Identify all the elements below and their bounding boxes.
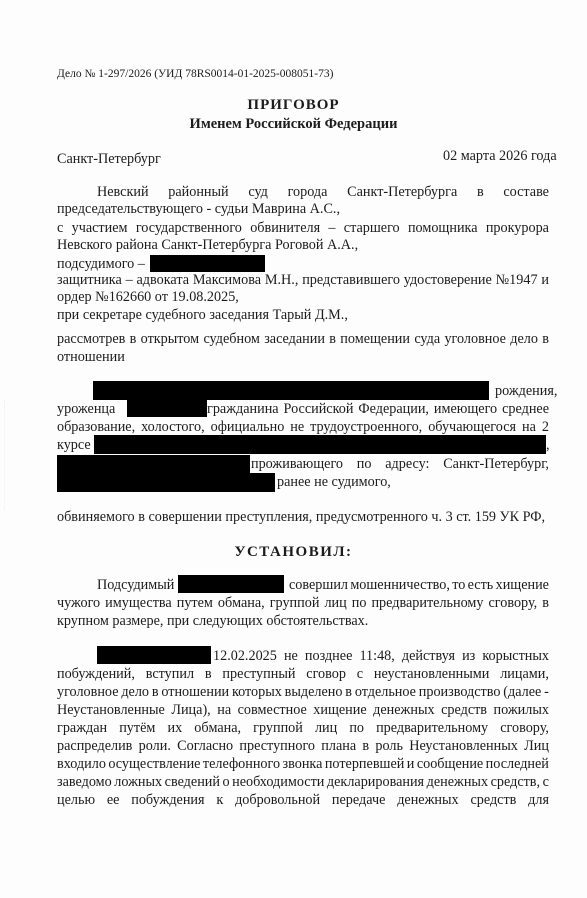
word: представившего bbox=[302, 272, 400, 288]
word: совершил bbox=[289, 577, 348, 593]
court-line-4: Невского района Санкт-Петербурга Роговой… bbox=[57, 237, 358, 253]
scan-artifact bbox=[4, 400, 15, 510]
word: проживающего bbox=[251, 456, 343, 472]
word: среднее bbox=[502, 401, 549, 417]
word: рассмотрев bbox=[57, 331, 125, 347]
word: средств bbox=[470, 792, 516, 808]
word: распределив bbox=[57, 738, 132, 754]
word: города bbox=[288, 184, 328, 200]
document-page: Дело № 1-297/2026 (УИД 78RS0014-01-2025-… bbox=[0, 0, 587, 898]
p1-prefix: Подсудимый bbox=[97, 577, 174, 593]
word: отдельное bbox=[355, 684, 416, 700]
court-line-3: сучастиемгосударственногообвинителя–стар… bbox=[57, 220, 549, 236]
word: 2 bbox=[542, 419, 549, 435]
word: районный bbox=[168, 184, 228, 200]
word: холостого, bbox=[141, 419, 205, 435]
word: суд bbox=[248, 184, 268, 200]
word: денежных bbox=[397, 792, 458, 808]
word: Лиц bbox=[524, 738, 549, 754]
word: уголовное bbox=[57, 684, 119, 700]
word: суда bbox=[414, 331, 440, 347]
word: совместное bbox=[238, 702, 307, 718]
word: сговору, bbox=[500, 720, 549, 736]
city: Санкт-Петербург bbox=[57, 151, 161, 167]
word: граждан bbox=[57, 720, 107, 736]
word: адвоката bbox=[137, 272, 190, 288]
word: звонка bbox=[283, 756, 323, 772]
word: и bbox=[541, 272, 549, 288]
word: целью bbox=[57, 792, 95, 808]
word: удостоверение bbox=[404, 272, 492, 288]
word: роль bbox=[375, 738, 403, 754]
redacted-name bbox=[150, 255, 265, 272]
word: Невский bbox=[97, 184, 149, 200]
secretary-line: при секретаре судебного заседания Тарый … bbox=[57, 307, 348, 323]
word: в bbox=[329, 331, 336, 347]
word: обмана, bbox=[218, 595, 265, 611]
word: входило bbox=[57, 756, 106, 772]
word: ее bbox=[107, 792, 120, 808]
word: из bbox=[462, 648, 475, 664]
word: с bbox=[357, 666, 363, 682]
redacted-university bbox=[94, 435, 546, 454]
word: – bbox=[126, 272, 133, 288]
word: в bbox=[130, 331, 137, 347]
word: чужого bbox=[57, 595, 100, 611]
word: позднее bbox=[305, 648, 352, 664]
word: Санкт-Петербург, bbox=[443, 456, 549, 472]
word: преступный bbox=[222, 666, 295, 682]
word: заведомо bbox=[57, 774, 112, 790]
word: по bbox=[352, 595, 367, 611]
birth-suffix: рождения, bbox=[495, 383, 557, 399]
word: роли. bbox=[139, 738, 171, 754]
word: 12.02.2025 bbox=[213, 648, 277, 664]
redacted-address bbox=[57, 473, 275, 492]
word: преступного bbox=[239, 738, 315, 754]
court-line-2: председательствующего - судьи Маврина А.… bbox=[57, 201, 340, 217]
word: не bbox=[284, 648, 298, 664]
charge-line: обвиняемого в совершении преступления, п… bbox=[57, 509, 545, 525]
word: по bbox=[349, 720, 364, 736]
word: которых bbox=[232, 684, 282, 700]
word: денежных bbox=[427, 774, 488, 790]
defense-line-1: защитника–адвокатаМаксимоваМ.Н.,представ… bbox=[57, 272, 549, 288]
p1-line-1: совершилмошенничество,тоестьхищение bbox=[289, 577, 549, 593]
word: денежных bbox=[373, 702, 434, 718]
word: отношении bbox=[161, 684, 229, 700]
redacted-defendant-full bbox=[93, 381, 489, 400]
word: Лица), bbox=[171, 702, 210, 718]
p2-line-8: заведомоложныхсведенийонеобходимостидекл… bbox=[57, 774, 549, 790]
word: добровольной bbox=[235, 792, 320, 808]
defendant-label: подсудимого – bbox=[57, 256, 145, 272]
word: старшего bbox=[344, 220, 400, 236]
p2-line-1: 12.02.2025непозднее11:48,действуяизкорыс… bbox=[213, 648, 549, 664]
word: мошенничество, bbox=[350, 577, 450, 593]
residence-line: проживающегопоадресу:Санкт-Петербург, bbox=[251, 456, 549, 472]
word: побуждений, bbox=[57, 666, 135, 682]
word: предварительному bbox=[371, 595, 483, 611]
word: средств, bbox=[491, 774, 540, 790]
word: в bbox=[477, 184, 484, 200]
comma: , bbox=[546, 437, 550, 453]
case-number: Дело № 1-297/2026 (УИД 78RS0014-01-2025-… bbox=[57, 66, 333, 82]
word: плана bbox=[321, 738, 356, 754]
word: Санкт-Петербурга bbox=[347, 184, 457, 200]
word: с bbox=[57, 220, 63, 236]
word: группой bbox=[253, 720, 303, 736]
word: Неустановленные bbox=[57, 702, 165, 718]
considered-line-1: рассмотреввоткрытомсудебномзаседаниивпом… bbox=[57, 331, 549, 347]
word: составе bbox=[503, 184, 549, 200]
word: помещении bbox=[340, 331, 410, 347]
redacted-defendant bbox=[178, 575, 284, 593]
word: корыстных bbox=[482, 648, 549, 664]
word: помощника bbox=[408, 220, 478, 236]
p1-line-3: крупном размере, при следующих обстоятел… bbox=[57, 613, 368, 629]
word: хищение bbox=[496, 577, 549, 593]
word: хищение bbox=[313, 702, 366, 718]
p1-line-2: чужогоимуществапутемобмана,группойлицпоп… bbox=[57, 595, 549, 611]
word: Российской bbox=[284, 401, 354, 417]
word: на bbox=[522, 419, 536, 435]
word: вступил bbox=[146, 666, 194, 682]
word: то bbox=[452, 577, 465, 593]
word: телефонного bbox=[203, 756, 280, 772]
word: необходимости bbox=[232, 774, 324, 790]
word: есть bbox=[468, 577, 494, 593]
word: официально bbox=[211, 419, 285, 435]
court-line-1: НевскийрайонныйсудгородаСанкт-Петербурга… bbox=[97, 184, 549, 200]
word: судебном bbox=[203, 331, 259, 347]
word: защитника bbox=[57, 272, 122, 288]
word: на bbox=[217, 702, 231, 718]
word: декларирования bbox=[327, 774, 424, 790]
word: пожилых bbox=[494, 702, 549, 718]
word: лиц bbox=[324, 595, 346, 611]
word: не bbox=[290, 419, 304, 435]
redacted-defendant-2 bbox=[97, 646, 211, 664]
word: обучающегося bbox=[428, 419, 516, 435]
word: 11:48, bbox=[359, 648, 394, 664]
word: прокурора bbox=[486, 220, 549, 236]
education-line: образование,холостого,официальнонетрудоу… bbox=[57, 419, 549, 435]
word: сговору, bbox=[489, 595, 538, 611]
word: в bbox=[152, 684, 159, 700]
p2-line-6: распределивроли.Согласнопреступногоплана… bbox=[57, 738, 549, 754]
word: потерпевшей bbox=[325, 756, 405, 772]
word: Максимова bbox=[193, 272, 261, 288]
word: дело bbox=[121, 684, 149, 700]
word: ложных bbox=[114, 774, 162, 790]
word: о bbox=[223, 774, 230, 790]
word: группой bbox=[270, 595, 320, 611]
word: выделено bbox=[285, 684, 343, 700]
word: неустановленными bbox=[374, 666, 489, 682]
citizenship-line: гражданинаРоссийскойФедерации,имеющегоср… bbox=[207, 401, 549, 417]
word: в bbox=[205, 666, 212, 682]
word: Неустановленных bbox=[409, 738, 518, 754]
word: действуя bbox=[402, 648, 455, 664]
word: сговор bbox=[306, 666, 346, 682]
word: имущества bbox=[105, 595, 172, 611]
word: участием bbox=[72, 220, 128, 236]
word: имеющего bbox=[434, 401, 497, 417]
word: №1947 bbox=[496, 272, 538, 288]
redacted-line bbox=[57, 455, 250, 474]
date: 02 марта 2026 года bbox=[443, 148, 557, 164]
word: с bbox=[543, 774, 549, 790]
word: путём bbox=[119, 720, 155, 736]
p2-line-7: входилоосуществлениетелефонногозвонкапот… bbox=[57, 756, 549, 772]
word: средств bbox=[441, 702, 487, 718]
p2-line-2: побуждений,вступилвпреступныйсговорснеус… bbox=[57, 666, 549, 682]
word: заседании bbox=[264, 331, 325, 347]
word: производство bbox=[419, 684, 501, 700]
word: дело bbox=[510, 331, 538, 347]
document-subtitle: Именем Российской Федерации bbox=[0, 116, 587, 132]
p2-line-9: цельюеепобуждениякдобровольнойпередачеде… bbox=[57, 792, 549, 808]
word: последней bbox=[486, 756, 549, 772]
word: трудоустроенного, bbox=[310, 419, 422, 435]
word: - bbox=[544, 684, 549, 700]
word: М.Н., bbox=[265, 272, 299, 288]
word: уголовное bbox=[444, 331, 506, 347]
word: лиц bbox=[315, 720, 337, 736]
word: государственного bbox=[136, 220, 242, 236]
word: по bbox=[357, 456, 372, 472]
course-label: курсе bbox=[57, 437, 91, 453]
word: адресу: bbox=[385, 456, 429, 472]
word: лицами, bbox=[500, 666, 549, 682]
word: гражданина bbox=[207, 401, 279, 417]
p2-line-3: уголовноеделовотношениикоторыхвыделеново… bbox=[57, 684, 549, 700]
word: путем bbox=[177, 595, 213, 611]
word: передаче bbox=[332, 792, 385, 808]
word: и bbox=[407, 756, 415, 772]
word: Согласно bbox=[177, 738, 233, 754]
word: в bbox=[345, 684, 352, 700]
word: – bbox=[328, 220, 335, 236]
defendant-line: подсудимого – bbox=[57, 255, 265, 272]
no-record: ранее не судимого, bbox=[277, 474, 391, 490]
word: в bbox=[362, 738, 369, 754]
word: осуществление bbox=[108, 756, 200, 772]
p2-line-5: гражданпутёмихобмана,группойлицпопредвар… bbox=[57, 720, 549, 736]
considered-line-2: отношении bbox=[57, 349, 125, 365]
redacted-birthplace bbox=[127, 399, 207, 417]
word: (далее bbox=[503, 684, 541, 700]
word: побуждения bbox=[131, 792, 204, 808]
word: их bbox=[167, 720, 182, 736]
word: сообщение bbox=[417, 756, 483, 772]
established-heading: УСТАНОВИЛ: bbox=[0, 544, 587, 560]
word: открытом bbox=[141, 331, 199, 347]
word: в bbox=[542, 331, 549, 347]
word: в bbox=[542, 595, 549, 611]
word: обмана, bbox=[194, 720, 241, 736]
word: Федерации, bbox=[358, 401, 429, 417]
defense-line-2: ордер №162660 от 19.08.2025, bbox=[57, 289, 239, 305]
word: сведений bbox=[165, 774, 220, 790]
word: обвинителя bbox=[250, 220, 320, 236]
document-title: ПРИГОВОР bbox=[0, 97, 587, 113]
word: для bbox=[528, 792, 549, 808]
word: образование, bbox=[57, 419, 135, 435]
word: предварительному bbox=[376, 720, 488, 736]
word: к bbox=[216, 792, 223, 808]
p2-line-4: НеустановленныеЛица),насовместноехищение… bbox=[57, 702, 549, 718]
native-of: уроженца bbox=[57, 401, 115, 417]
